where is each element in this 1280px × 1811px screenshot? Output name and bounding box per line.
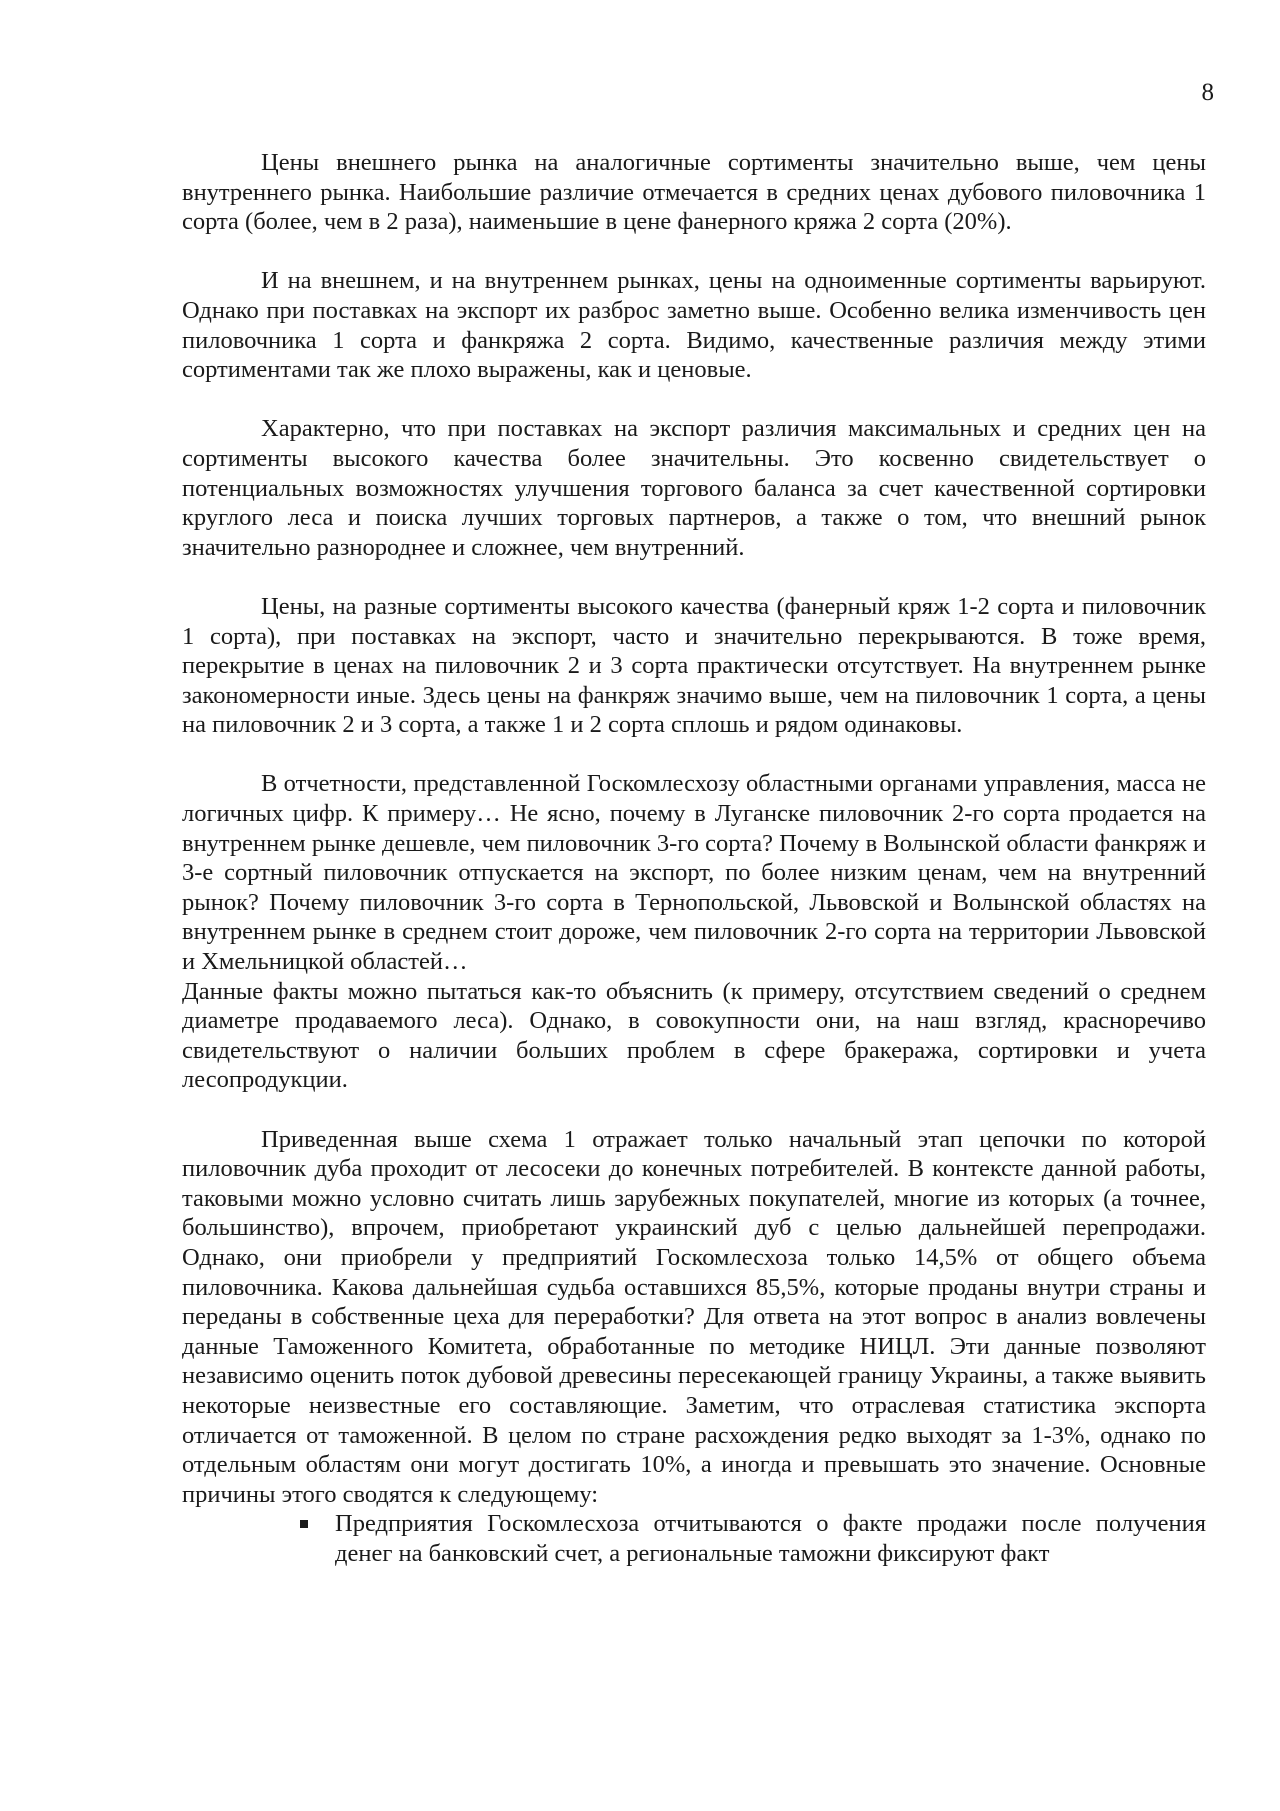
paragraph-price-overlap: Цены, на разные сортименты высокого каче… — [182, 592, 1206, 740]
paragraph-spacer — [182, 740, 1206, 770]
list-item-text: Предприятия Госкомлесхоза отчитываются о… — [335, 1510, 1206, 1567]
paragraph-price-comparison: Цены внешнего рынка на аналогичные сорти… — [182, 148, 1206, 237]
paragraph-reporting-issues: В отчетности, представленной Госкомлесхо… — [182, 769, 1206, 976]
list-item: Предприятия Госкомлесхоза отчитываются о… — [182, 1509, 1206, 1568]
paragraph-spacer — [182, 1095, 1206, 1125]
paragraph-explanation: Данные факты можно пытаться как-то объяс… — [182, 977, 1206, 1095]
reasons-list: Предприятия Госкомлесхоза отчитываются о… — [182, 1509, 1206, 1568]
square-bullet-icon — [300, 1520, 308, 1528]
document-body: Цены внешнего рынка на аналогичные сорти… — [182, 148, 1206, 1569]
paragraph-spacer — [182, 385, 1206, 415]
paragraph-supply-chain: Приведенная выше схема 1 отражает только… — [182, 1125, 1206, 1510]
paragraph-spacer — [182, 237, 1206, 267]
page-number: 8 — [1186, 78, 1214, 108]
paragraph-price-variation: И на внешнем, и на внутреннем рынках, це… — [182, 266, 1206, 384]
paragraph-spacer — [182, 562, 1206, 592]
paragraph-export-differences: Характерно, что при поставках на экспорт… — [182, 414, 1206, 562]
